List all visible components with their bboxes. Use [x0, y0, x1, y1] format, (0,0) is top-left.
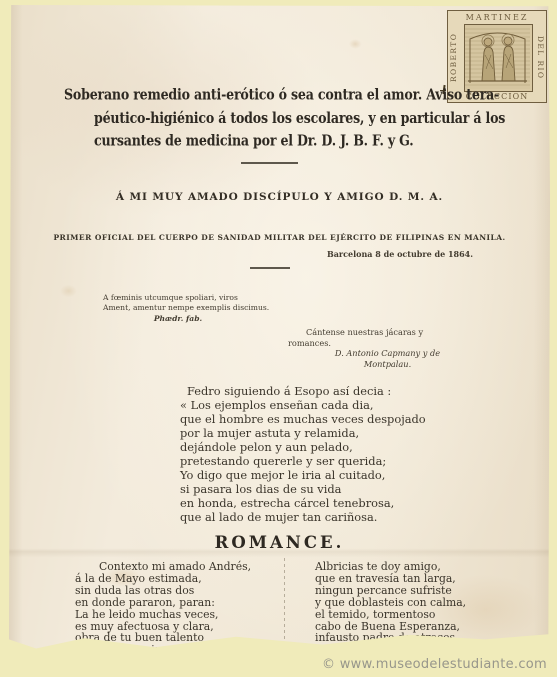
verse-line: el temido, tormentoso	[315, 609, 515, 621]
column-divider	[284, 558, 285, 657]
title-block: Soberano remedio anti-erótico ó sea cont…	[64, 83, 514, 152]
spanish-epigraph: Cántense nuestras jácaras y romances. D.…	[288, 327, 488, 369]
horizontal-rule-1	[241, 162, 298, 164]
title-line: cursantes de medicina por el Dr. D. J. B…	[64, 129, 514, 152]
verse-line: y lamentables desgracias.	[315, 644, 515, 656]
intro-poem: Fedro siguiendo á Esopo así decia : « Lo…	[180, 384, 426, 524]
poem-line: que el hombre es muchas veces despojado	[180, 412, 426, 426]
stamp-engraving-icon	[464, 24, 533, 92]
author-byline: PRIMER OFICIAL DEL CUERPO DE SANIDAD MIL…	[9, 233, 550, 242]
verse-line: ningun percance sufriste	[315, 585, 515, 597]
verse-line: infausto padre de atroces,	[315, 632, 515, 644]
title-line: Soberano remedio anti-erótico ó sea cont…	[64, 83, 514, 106]
poem-line: Yo digo que mejor le iria al cuitado,	[180, 468, 426, 482]
scanned-document: MARTINEZ COLECCION ROBERTO DEL RIO	[0, 0, 557, 677]
poem-line: si pasara los dias de su vida	[180, 482, 426, 496]
latin-epigraph-line: Ament, amentur nempe exemplis discimus.	[103, 303, 278, 313]
poem-line: « Los ejemplos enseñan cada dia,	[180, 398, 426, 412]
stamp-text-right: DEL RIO	[536, 22, 545, 93]
title-line: péutico-higiénico á todos los escolares,…	[64, 106, 514, 129]
verse-line: y que doblasteis con calma,	[315, 597, 515, 609]
dateline: Barcelona 8 de octubre de 1864.	[320, 249, 480, 259]
poem-line: pretestando quererle y ser querida;	[180, 454, 426, 468]
latin-epigraph-attribution: Phædr. fab.	[103, 314, 253, 324]
verse-line: sin duda las otras dos	[75, 585, 280, 597]
latin-epigraph-line: A fœminis utcumque spoliari, viros	[103, 293, 278, 303]
poem-line: en honda, estrecha cárcel tenebrosa,	[180, 496, 426, 510]
poem-line: que al lado de mujer tan cariñosa.	[180, 510, 426, 524]
verse-line: en donde pararon, paran:	[75, 597, 280, 609]
horizontal-rule-2	[250, 267, 290, 269]
romance-left-column: Contexto mi amado Andrés, á la de Mayo e…	[75, 561, 280, 656]
spanish-epigraph-attribution: D. Antonio Capmany y de Montpalau.	[310, 348, 465, 369]
dedication-line: Á MI MUY AMADO DISCÍPULO Y AMIGO D. M. A…	[9, 191, 550, 203]
latin-epigraph: A fœminis utcumque spoliari, viros Ament…	[103, 293, 278, 323]
verse-line: y de tu fina crianza.	[75, 644, 280, 656]
romance-right-column: Albricias te doy amigo, que en travesía …	[315, 561, 515, 656]
romance-heading: ROMANCE.	[9, 533, 550, 552]
attribution-line: Montpalau.	[310, 359, 465, 370]
watermark: © www.museodelestudiante.com	[322, 657, 547, 672]
spanish-epigraph-line: Cántense nuestras jácaras y	[288, 327, 488, 338]
poem-line: dejándole pelon y aun pelado,	[180, 440, 426, 454]
attribution-line: D. Antonio Capmany y de	[310, 348, 465, 359]
spanish-epigraph-line: romances.	[288, 338, 488, 349]
poem-line: Fedro siguiendo á Esopo así decia :	[180, 384, 426, 398]
poem-line: por la mujer astuta y relamida,	[180, 426, 426, 440]
verse-line: La he leido muchas veces,	[75, 609, 280, 621]
stamp-text-top: MARTINEZ	[448, 13, 546, 22]
paper-sheet: MARTINEZ COLECCION ROBERTO DEL RIO	[9, 5, 550, 655]
